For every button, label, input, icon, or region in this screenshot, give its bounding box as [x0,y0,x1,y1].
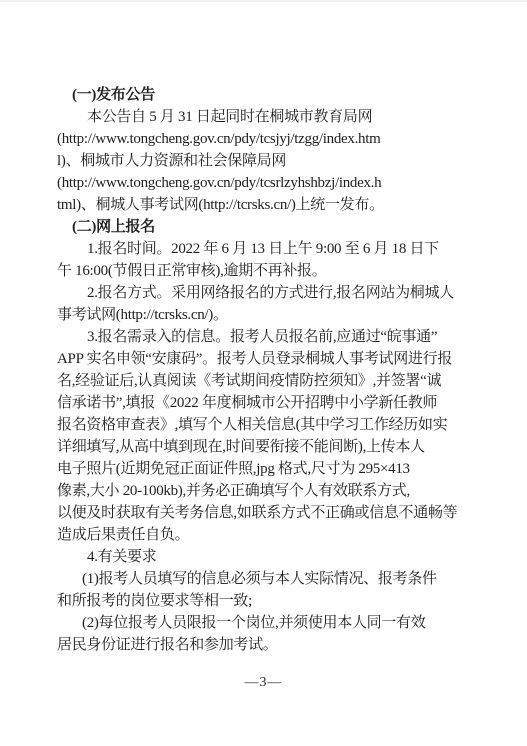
text-line: 报名资格审查表》,填写个人相关信息(其中学习工作经历如实 [57,414,475,436]
text-line: APP 实名申领“安康码”。报考人员登录桐城人事考试网进行报 [57,348,475,370]
text-line: 午 16:00(节假日正常审核),逾期不再补报。 [57,260,475,282]
scan-edge [0,0,527,2]
text-line: 像素,大小 20-100kb),并务必正确填写个人有效联系方式, [57,480,475,502]
text-line: (http://www.tongcheng.gov.cn/pdy/tcsrlzy… [57,172,475,194]
text-line: (2)每位报考人员限报一个岗位,并须使用本人同一有效 [57,612,475,634]
text-line: 居民身份证进行报名和参加考试。 [57,634,475,656]
page-number: —3— [0,672,527,694]
text-line: (1)报考人员填写的信息必须与本人实际情况、报考条件 [57,568,475,590]
section-heading: (一)发布公告 [57,84,475,106]
text-line: 4.有关要求 [57,546,475,568]
text-line: (http://www.tongcheng.gov.cn/pdy/tcsjyj/… [57,128,475,150]
text-line: 信承诺书”,填报《2022 年度桐城市公开招聘中小学新任教师 [57,392,475,414]
text-line: l)、桐城市人力资源和社会保障局网 [57,150,475,172]
text-line: 电子照片(近期免冠正面证件照,jpg 格式,尺寸为 295×413 [57,458,475,480]
text-line: 以便及时获取有关考务信息,如联系方式不正确或信息不通畅等 [57,502,475,524]
text-line: 本公告自 5 月 31 日起同时在桐城市教育局网 [57,106,475,128]
text-line: 名,经验证后,认真阅读《考试期间疫情防控须知》,并签署“诚 [57,370,475,392]
text-line: 1.报名时间。2022 年 6 月 13 日上午 9:00 至 6 月 18 日… [57,238,475,260]
text-line: tml)、桐城人事考试网(http://tcrsks.cn/)上统一发布。 [57,194,475,216]
document-body: (一)发布公告本公告自 5 月 31 日起同时在桐城市教育局网(http://w… [57,84,475,656]
section-heading: (二)网上报名 [57,216,475,238]
text-line: 事考试网(http://tcrsks.cn/)。 [57,304,475,326]
text-line: 造成后果责任自负。 [57,524,475,546]
document-page: (一)发布公告本公告自 5 月 31 日起同时在桐城市教育局网(http://w… [0,0,527,746]
text-line: 2.报名方式。采用网络报名的方式进行,报名网站为桐城人 [57,282,475,304]
text-line: 和所报考的岗位要求等相一致; [57,590,475,612]
text-line: 3.报名需录入的信息。报考人员报名前,应通过“皖事通” [57,326,475,348]
text-line: 详细填写,从高中填到现在,时间要衔接不能间断),上传本人 [57,436,475,458]
